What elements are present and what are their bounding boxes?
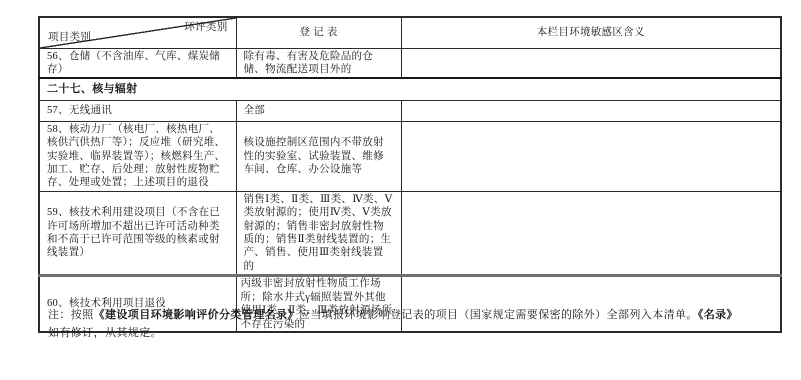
registration-cell: 全部: [236, 100, 401, 121]
sensitive-cell: [401, 48, 781, 78]
header-registration-form: 登 记 表: [236, 17, 401, 48]
document-page: 环评类别 项目类别 登 记 表 本栏目环境敏感区含义 56、仓储（不含油库、气库…: [0, 0, 801, 380]
registration-cell: 销售Ⅰ类、Ⅱ类、Ⅲ类、Ⅳ类、Ⅴ类放射源的；使用Ⅳ类、Ⅴ类放射源的；销售非密封放射…: [236, 191, 401, 275]
sensitive-cell: [401, 121, 781, 191]
table-row: 58、核动力厂（核电厂、核热电厂、核供汽供热厂等）；反应堆（研究堆、实验堆、临界…: [39, 121, 781, 191]
diagonal-header-cell: 环评类别 项目类别: [39, 17, 236, 48]
footnote-catalog-short-title: 《名录》: [698, 309, 738, 321]
footnote-catalog-title: 《建设项目环境影响评价分类管理名录》: [94, 309, 299, 321]
registration-cell: 核设施控制区范围内不带放射性的实验室、试验装置、维修车间、仓库、办公设施等: [236, 121, 401, 191]
category-cell: 56、仓储（不含油库、气库、煤炭储存）: [39, 48, 236, 78]
table-header-row: 环评类别 项目类别 登 记 表 本栏目环境敏感区含义: [39, 17, 781, 48]
footnote-middle: 应当填报环境影响登记表的项目（国家规定需要保密的除外）全部列入本清单。: [299, 309, 698, 321]
footnote-prefix: 注：按照: [48, 309, 94, 321]
section-header-row: 二十七、核与辐射: [39, 78, 781, 100]
header-sensitive-area-meaning: 本栏目环境敏感区含义: [401, 17, 781, 48]
table-row: 57、无线通讯 全部: [39, 100, 781, 121]
sensitive-cell: [401, 191, 781, 275]
header-project-category-label: 项目类别: [48, 31, 91, 44]
footnote-suffix: 如有修订，从其规定。: [48, 327, 162, 339]
registration-cell: 除有毒、有害及危险品的仓储、物流配送项目外的: [236, 48, 401, 78]
section-title: 二十七、核与辐射: [39, 78, 781, 100]
sensitive-cell: [401, 100, 781, 121]
registration-category-table: 环评类别 项目类别 登 记 表 本栏目环境敏感区含义 56、仓储（不含油库、气库…: [38, 16, 782, 333]
header-eia-category-label: 环评类别: [184, 21, 227, 34]
category-cell: 59、核技术利用建设项目（不含在已许可场所增加不超出已许可活动种类和不高于已许可…: [39, 191, 236, 275]
category-cell: 57、无线通讯: [39, 100, 236, 121]
footnote: 注：按照《建设项目环境影响评价分类管理名录》应当填报环境影响登记表的项目（国家规…: [48, 306, 748, 342]
category-cell: 58、核动力厂（核电厂、核热电厂、核供汽供热厂等）；反应堆（研究堆、实验堆、临界…: [39, 121, 236, 191]
table-row: 56、仓储（不含油库、气库、煤炭储存） 除有毒、有害及危险品的仓储、物流配送项目…: [39, 48, 781, 78]
table-row: 59、核技术利用建设项目（不含在已许可场所增加不超出已许可活动种类和不高于已许可…: [39, 191, 781, 275]
